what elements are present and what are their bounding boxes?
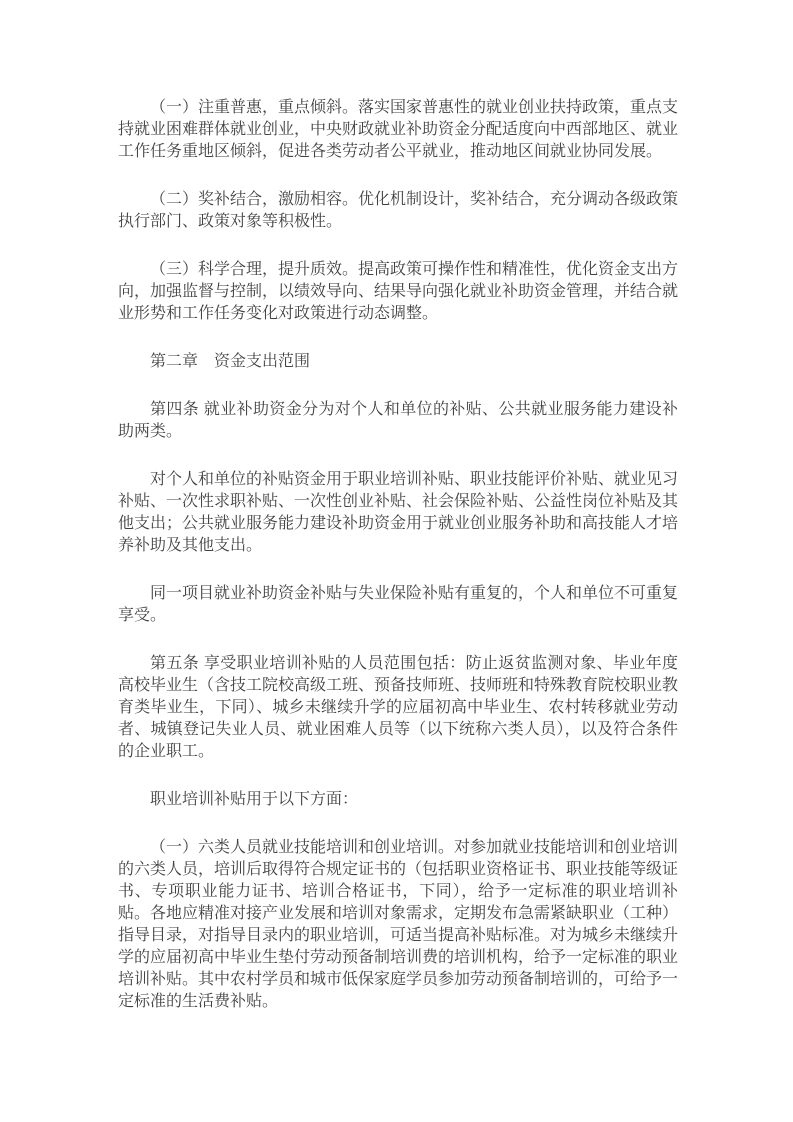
paragraph: 第四条 就业补助资金分为对个人和单位的补贴、公共就业服务能力建设补助两类。 (118, 399, 678, 443)
paragraph: （二）奖补结合，激励相容。优化机制设计，奖补结合，充分调动各级政策执行部门、政策… (118, 189, 678, 233)
paragraph: 同一项目就业补助资金补贴与失业保险补贴有重复的，个人和单位不可重复享受。 (118, 583, 678, 627)
paragraph: 职业培训补贴用于以下方面： (118, 789, 678, 811)
document-body: （一）注重普惠，重点倾斜。落实国家普惠性的就业创业扶持政策，重点支持就业困难群体… (118, 97, 678, 1039)
document-page: （一）注重普惠，重点倾斜。落实国家普惠性的就业创业扶持政策，重点支持就业困难群体… (0, 0, 793, 1122)
paragraph: 对个人和单位的补贴资金用于职业培训补贴、职业技能评价补贴、就业见习补贴、一次性求… (118, 469, 678, 557)
paragraph: （一）注重普惠，重点倾斜。落实国家普惠性的就业创业扶持政策，重点支持就业困难群体… (118, 97, 678, 163)
paragraph: 第五条 享受职业培训补贴的人员范围包括：防止返贫监测对象、毕业年度高校毕业生（含… (118, 653, 678, 763)
chapter-heading: 第二章 资金支出范围 (118, 351, 678, 373)
paragraph: （一）六类人员就业技能培训和创业培训。对参加就业技能培训和创业培训的六类人员，培… (118, 837, 678, 1013)
paragraph: （三）科学合理，提升质效。提高政策可操作性和精准性，优化资金支出方向，加强监督与… (118, 259, 678, 325)
